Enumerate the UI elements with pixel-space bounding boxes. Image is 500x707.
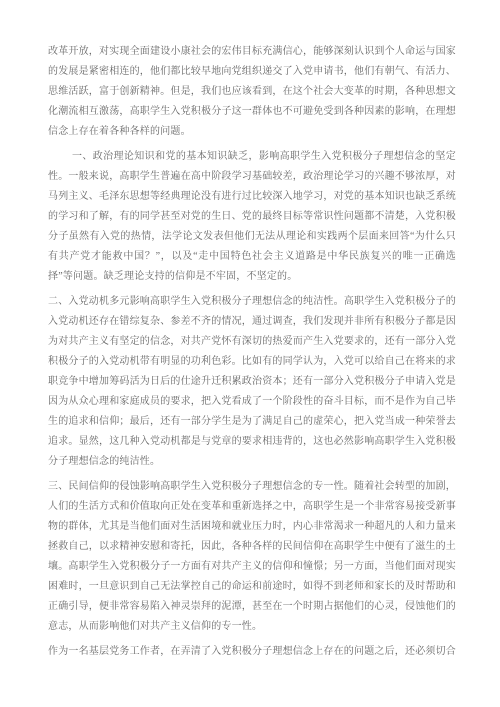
paragraph-section-3: 三、民间信仰的侵蚀影响高职学生入党积极分子理想信念的专一性。随着社会转型的加剧，… bbox=[48, 477, 456, 637]
document-body: 改革开放，对实现全面建设小康社会的宏伟目标充满信心，能够深刻认识到个人命运与国家… bbox=[48, 42, 456, 662]
paragraph-intro: 改革开放，对实现全面建设小康社会的宏伟目标充满信心，能够深刻认识到个人命运与国家… bbox=[48, 42, 456, 142]
paragraph-section-1: 一、政治理论知识和党的基本知识缺乏，影响高职学生入党积极分子理想信念的坚定性。一… bbox=[48, 147, 456, 287]
paragraph-section-2: 二、入党动机多元影响高职学生入党积极分子理想信念的纯洁性。高职学生入党积极分子的… bbox=[48, 292, 456, 472]
paragraph-closing: 作为一名基层党务工作者，在弄清了入党积极分子理想信念上存在的问题之后，还必须切合 bbox=[48, 642, 456, 662]
document-page: 改革开放，对实现全面建设小康社会的宏伟目标充满信心，能够深刻认识到个人命运与国家… bbox=[0, 0, 500, 707]
